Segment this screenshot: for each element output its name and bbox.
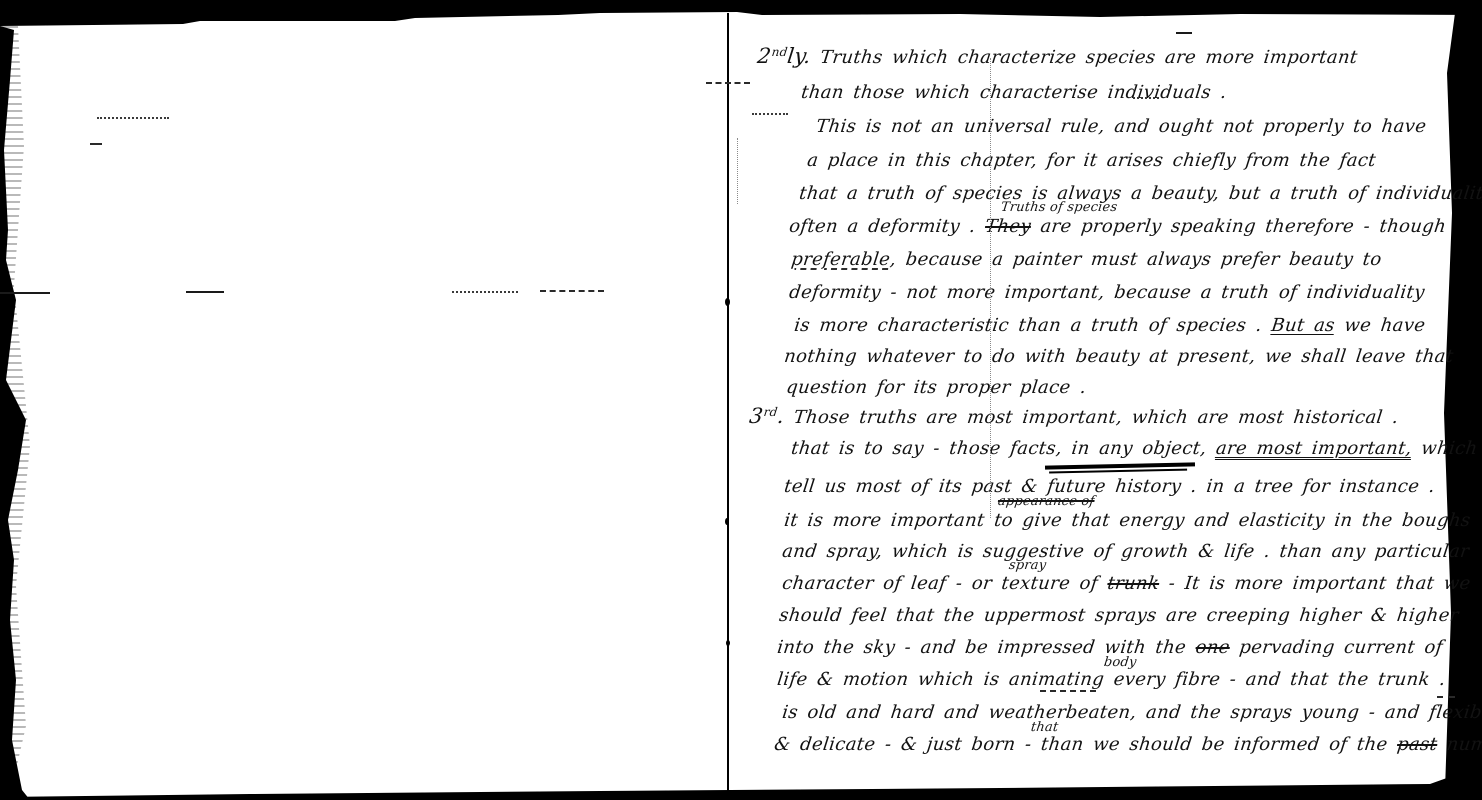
spine-ink-blob (725, 298, 730, 306)
page-crease-1 (990, 58, 991, 518)
handwritten-text: life & motion which is animating every f… (776, 669, 1447, 690)
handwritten-text: is old and hard and weatherbeaten, and t… (781, 702, 1482, 723)
manuscript-line-7: preferable, because a painter must alway… (790, 249, 1383, 270)
manuscript-line-13: that is to say - those facts, in any obj… (790, 438, 1479, 459)
handwritten-text: number (1436, 734, 1482, 755)
handwritten-text: character of leaf - or texture of (781, 573, 1109, 594)
handwritten-text: in a tree for instance . (1205, 476, 1436, 497)
page-crease-2 (737, 138, 738, 204)
handwritten-text: often a deformity . (788, 216, 986, 237)
handwritten-text: , because a painter must always prefer b… (889, 249, 1383, 270)
left-page-blank (0, 0, 727, 800)
handwritten-text: Those truths are most important, which a… (792, 407, 1399, 428)
handwritten-text: 3 (748, 404, 765, 428)
left-page-stray-mark (90, 143, 102, 145)
left-page-stray-mark (0, 292, 50, 294)
handwritten-text: question for its proper place . (785, 377, 1088, 398)
handwritten-text: preferable (790, 249, 891, 270)
manuscript-line-12: 3rd. Those truths are most important, wh… (748, 404, 1400, 428)
interlinear-insertion-3: spray (1008, 558, 1047, 573)
handwritten-text: & delicate - & just born - than we shoul… (773, 734, 1398, 755)
handwritten-text: nd (771, 45, 789, 59)
handwritten-text: are properly speaking therefore - though (1030, 216, 1448, 237)
manuscript-line-10: nothing whatever to do with beauty at pr… (783, 346, 1455, 367)
spine-ink-blob (725, 518, 729, 525)
handwritten-text: which (1411, 438, 1479, 459)
handwritten-text: is more characteristic than a truth of s… (793, 315, 1273, 336)
handwritten-text: we have (1334, 315, 1427, 336)
right-page-stray-mark (1040, 690, 1096, 692)
handwritten-text: are most important, (1215, 438, 1413, 460)
handwritten-text: a place in this chapter, for it arises c… (806, 150, 1377, 171)
spine-ink-blob (726, 640, 730, 646)
interlinear-insertion-5: that (1030, 720, 1059, 735)
right-page-stray-mark (1133, 97, 1159, 99)
handwritten-text: rd (763, 405, 779, 419)
handwritten-text: nothing whatever to do with beauty at pr… (783, 346, 1455, 367)
manuscript-scan-spread: 2ndly. Truths which characterize species… (0, 0, 1482, 800)
interlinear-insertion-4: body (1103, 655, 1137, 670)
manuscript-line-14: tell us most of its past & future histor… (783, 476, 1436, 497)
manuscript-line-22: & delicate - & just born - than we shoul… (773, 734, 1482, 755)
struck-out-word: They (984, 216, 1032, 237)
handwritten-text: pervading current of (1229, 637, 1445, 658)
manuscript-line-11: question for its proper place . (785, 377, 1088, 398)
handwritten-text: - It is more important that we (1158, 573, 1472, 594)
left-page-stray-mark (452, 291, 518, 293)
interlinear-insertion-2: appearance of (997, 494, 1095, 509)
manuscript-line-17: character of leaf - or texture of trunk … (781, 573, 1472, 594)
handwritten-text: This is not an universal rule, and ought… (815, 116, 1428, 137)
right-page-stray-mark (1437, 696, 1455, 698)
manuscript-line-16: and spray, which is suggestive of growth… (781, 541, 1470, 562)
manuscript-line-3: This is not an universal rule, and ought… (815, 116, 1428, 137)
left-page-stray-mark (186, 291, 224, 293)
manuscript-line-2: than those which characterise individual… (800, 82, 1228, 103)
manuscript-line-20: life & motion which is animating every f… (776, 669, 1447, 690)
manuscript-line-8: deformity - not more important, because … (788, 282, 1426, 303)
struck-out-word: trunk (1106, 573, 1160, 594)
book-spine-line (727, 13, 729, 800)
handwritten-text: Truths which characterize species are mo… (819, 47, 1359, 68)
interlinear-insertion-1: Truths of species (1000, 200, 1118, 215)
manuscript-line-5: that a truth of species is always a beau… (798, 183, 1482, 204)
right-page-stray-mark (1176, 32, 1192, 34)
handwritten-text: that is to say - those facts, in any obj… (790, 438, 1217, 459)
right-page-stray-mark (706, 82, 750, 84)
left-page-stray-mark (540, 290, 604, 292)
manuscript-line-9: is more characteristic than a truth of s… (793, 315, 1427, 336)
manuscript-line-1: 2ndly. Truths which characterize species… (756, 44, 1359, 68)
manuscript-line-15: it is more important to give that energy… (783, 510, 1472, 531)
manuscript-line-21: is old and hard and weatherbeaten, and t… (781, 702, 1482, 723)
handwritten-text: it is more important to give that energy… (783, 510, 1472, 531)
manuscript-line-6: often a deformity . They are properly sp… (788, 216, 1447, 237)
struck-out-word: one (1194, 637, 1231, 658)
left-page-stray-mark (97, 117, 169, 119)
right-page-stray-mark (752, 113, 788, 115)
handwritten-text: that a truth of species is always a beau… (798, 183, 1482, 204)
handwritten-text: 2 (756, 44, 773, 68)
manuscript-line-18: should feel that the uppermost sprays ar… (778, 605, 1460, 626)
handwritten-text: deformity - not more important, because … (788, 282, 1426, 303)
manuscript-line-4: a place in this chapter, for it arises c… (806, 150, 1377, 171)
handwritten-text: But as (1270, 315, 1336, 336)
handwritten-text: and spray, which is suggestive of growth… (781, 541, 1470, 562)
struck-out-word: past (1396, 734, 1439, 755)
handwritten-text: should feel that the uppermost sprays ar… (778, 605, 1460, 626)
handwritten-text: than those which characterise individual… (800, 82, 1228, 103)
